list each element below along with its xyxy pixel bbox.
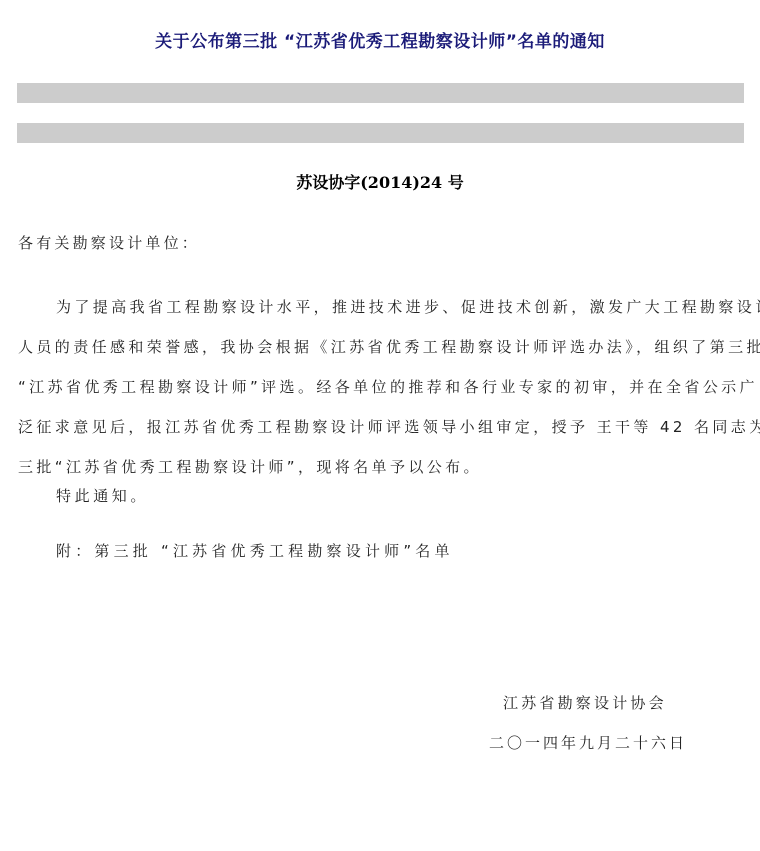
body-line: 泛征求意见后，报江苏省优秀工程勘察设计师评选领导小组审定，授予 王干等 42 名… <box>18 407 748 447</box>
attachment-note: 附：第三批 “江苏省优秀工程勘察设计师”名单 <box>56 540 454 562</box>
body-line: “江苏省优秀工程勘察设计师”评选。经各单位的推荐和各行业专家的初审，并在全省公示… <box>18 367 748 407</box>
body-line: 人员的责任感和荣誉感，我协会根据《江苏省优秀工程勘察设计师评选办法》，组织了第三… <box>18 327 748 367</box>
document-title: 关于公布第三批 “江苏省优秀工程勘察设计师”名单的通知 <box>0 31 760 53</box>
signature-date: 二〇一四年九月二十六日 <box>489 732 687 754</box>
closing-remark: 特此通知。 <box>56 485 149 507</box>
document-number: 苏设协字(2014)24 号 <box>0 172 760 194</box>
body-line: 三批“江苏省优秀工程勘察设计师”，现将名单予以公布。 <box>18 447 748 487</box>
salutation: 各有关勘察设计单位： <box>18 232 200 254</box>
divider-bar-top <box>17 83 744 103</box>
body-line: 为了提高我省工程勘察设计水平，推进技术进步、促进技术创新，激发广大工程勘察设计 <box>18 287 748 327</box>
body-paragraph: 为了提高我省工程勘察设计水平，推进技术进步、促进技术创新，激发广大工程勘察设计 … <box>18 287 748 487</box>
divider-bar-bottom <box>17 123 744 143</box>
signature-organization: 江苏省勘察设计协会 <box>503 692 667 714</box>
